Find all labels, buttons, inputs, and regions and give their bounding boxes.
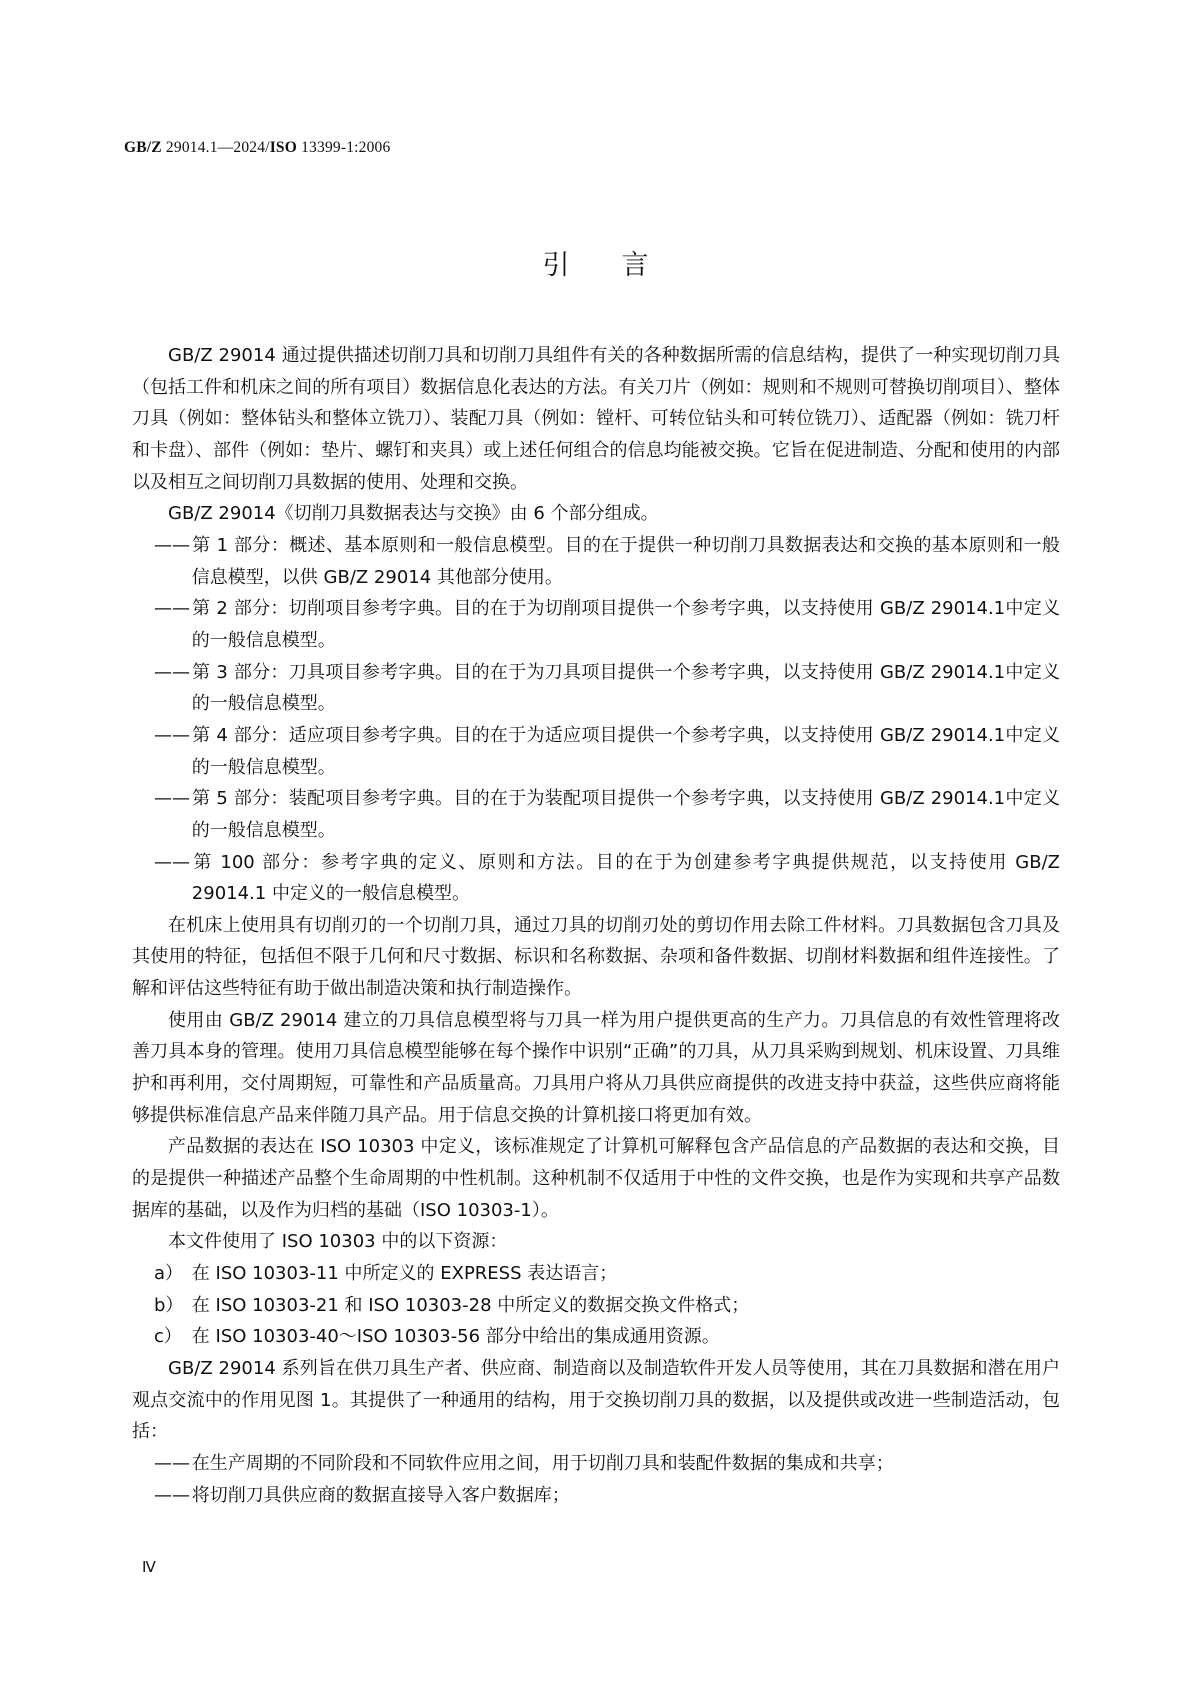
dash-marker: —— [154,1448,192,1480]
list-item-activity-1: ——在生产周期的不同阶段和不同软件应用之间，用于切削刀具和装配件数据的集成和共享… [154,1448,1060,1480]
dash-marker: —— [154,1480,192,1512]
paragraph-intro: GB/Z 29014 通过提供描述切削刀具和切削刀具组件有关的各种数据所需的信息… [132,340,1060,498]
dash-marker: —— [154,720,192,752]
paragraph-parts-overview: GB/Z 29014《切削刀具数据表达与交换》由 6 个部分组成。 [132,498,1060,530]
list-item-part-2: ——第 2 部分：切削项目参考字典。目的在于为切削项目提供一个参考字典，以支持使… [154,593,1060,656]
section-title: 引言 [0,243,1191,282]
list-item-resource-c: c）在 ISO 10303-40～ISO 10303-56 部分中给出的集成通用… [154,1321,1060,1353]
header-code-number: 29014.1—2024/ [162,139,270,156]
dash-marker: —— [154,783,192,815]
page-number: Ⅳ [142,1558,156,1577]
paragraph-series-purpose: GB/Z 29014 系列旨在供刀具生产者、供应商、制造商以及制造软件开发人员等… [132,1353,1060,1448]
list-item-resource-b: b）在 ISO 10303-21 和 ISO 10303-28 中所定义的数据交… [154,1290,1060,1322]
header-iso-prefix: ISO [270,139,297,156]
document-body: GB/Z 29014 通过提供描述切削刀具和切削刀具组件有关的各种数据所需的信息… [132,340,1060,1511]
header-code-prefix: GB/Z [124,139,162,156]
list-item-part-1: ——第 1 部分：概述、基本原则和一般信息模型。目的在于提供一种切削刀具数据表达… [154,530,1060,593]
dash-marker: —— [154,593,192,625]
paragraph-resources-intro: 本文件使用了 ISO 10303 中的以下资源： [132,1226,1060,1258]
dash-marker: —— [154,847,192,879]
list-item-part-3: ——第 3 部分：刀具项目参考字典。目的在于为刀具项目提供一个参考字典，以支持使… [154,657,1060,720]
list-item-part-5: ——第 5 部分：装配项目参考字典。目的在于为装配项目提供一个参考字典，以支持使… [154,783,1060,846]
list-item-resource-a: a）在 ISO 10303-11 中所定义的 EXPRESS 表达语言； [154,1258,1060,1290]
dash-marker: —— [154,530,192,562]
list-item-part-100: ——第 100 部分：参考字典的定义、原则和方法。目的在于为创建参考字典提供规范… [154,847,1060,910]
list-item-part-4: ——第 4 部分：适应项目参考字典。目的在于为适应项目提供一个参考字典，以支持使… [154,720,1060,783]
paragraph-cutting-tool: 在机床上使用具有切削刃的一个切削刀具，通过刀具的切削刃处的剪切作用去除工件材料。… [132,910,1060,1005]
paragraph-iso-10303: 产品数据的表达在 ISO 10303 中定义，该标准规定了计算机可解释包含产品信… [132,1131,1060,1226]
document-code-header: GB/Z 29014.1—2024/ISO 13399-1:2006 [124,139,390,157]
list-item-activity-2: ——将切削刀具供应商的数据直接导入客户数据库； [154,1480,1060,1512]
dash-marker: —— [154,657,192,689]
header-iso-number: 13399-1:2006 [297,139,390,156]
paragraph-productivity: 使用由 GB/Z 29014 建立的刀具信息模型将与刀具一样为用户提供更高的生产… [132,1005,1060,1132]
